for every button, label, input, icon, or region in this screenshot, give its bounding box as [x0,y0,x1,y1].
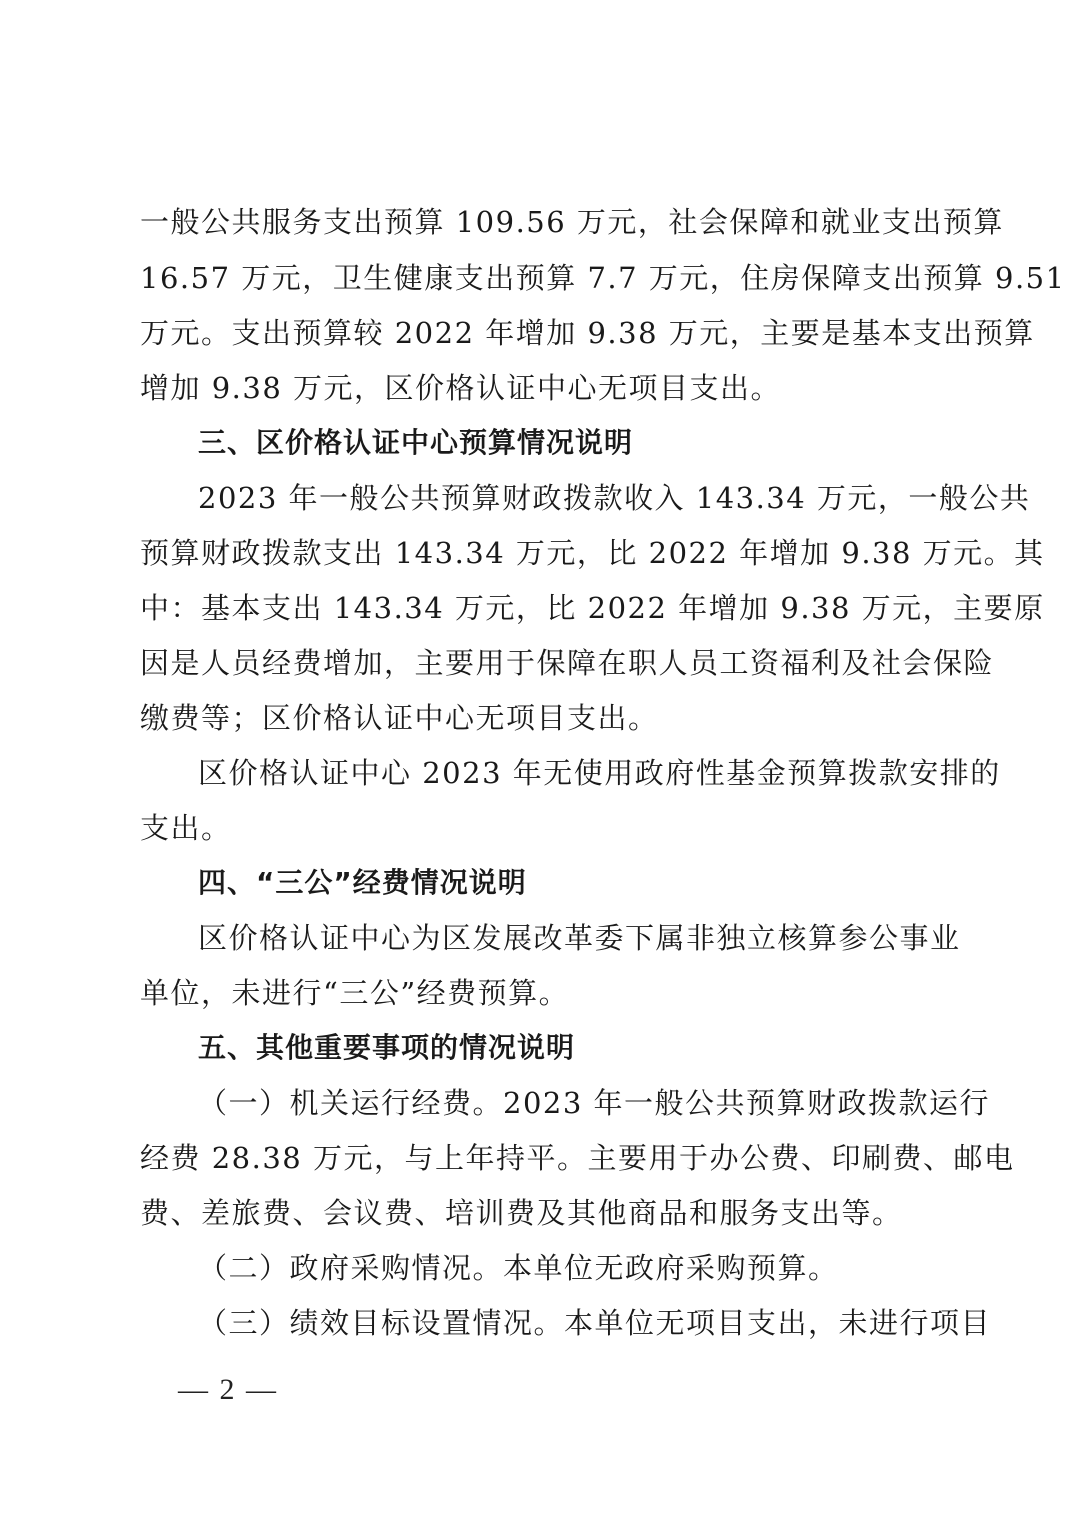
document-page: 一般公共服务支出预算 109.56 万元，社会保障和就业支出预算 16.57 万… [0,0,1074,1520]
text-line: 2023 年一般公共预算财政拨款收入 143.34 万元，一般公共 [198,478,932,518]
text-line: 中：基本支出 143.34 万元，比 2022 年增加 9.38 万元，主要原 [140,588,932,628]
text-line: 区价格认证中心 2023 年无使用政府性基金预算拨款安排的 [198,753,932,793]
text-line: 费、差旅费、会议费、培训费及其他商品和服务支出等。 [140,1193,932,1233]
text-line: 一般公共服务支出预算 109.56 万元，社会保障和就业支出预算 [140,202,932,242]
section-heading: 三、区价格认证中心预算情况说明 [198,423,633,463]
text-line: 万元。支出预算较 2022 年增加 9.38 万元，主要是基本支出预算 [140,313,932,353]
text-line: 因是人员经费增加，主要用于保障在职人员工资福利及社会保险 [140,643,932,683]
page-number: — 2 — [178,1370,278,1410]
text-line: 缴费等；区价格认证中心无项目支出。 [140,698,932,738]
text-line: （三）绩效目标设置情况。本单位无项目支出，未进行项目 [198,1303,932,1343]
section-heading: 四、“三公”经费情况说明 [198,863,527,903]
text-line: 16.57 万元，卫生健康支出预算 7.7 万元，住房保障支出预算 9.51 [140,258,932,298]
text-line: 增加 9.38 万元，区价格认证中心无项目支出。 [140,368,932,408]
text-line: 区价格认证中心为区发展改革委下属非独立核算参公事业 [198,918,932,958]
text-line: 预算财政拨款支出 143.34 万元，比 2022 年增加 9.38 万元。其 [140,533,932,573]
text-line: （一）机关运行经费。2023 年一般公共预算财政拨款运行 [198,1083,932,1123]
text-line: 支出。 [140,808,932,848]
text-line: （二）政府采购情况。本单位无政府采购预算。 [198,1248,932,1288]
text-line: 单位，未进行“三公”经费预算。 [140,973,932,1013]
text-line: 经费 28.38 万元，与上年持平。主要用于办公费、印刷费、邮电 [140,1138,932,1178]
section-heading: 五、其他重要事项的情况说明 [198,1028,575,1068]
